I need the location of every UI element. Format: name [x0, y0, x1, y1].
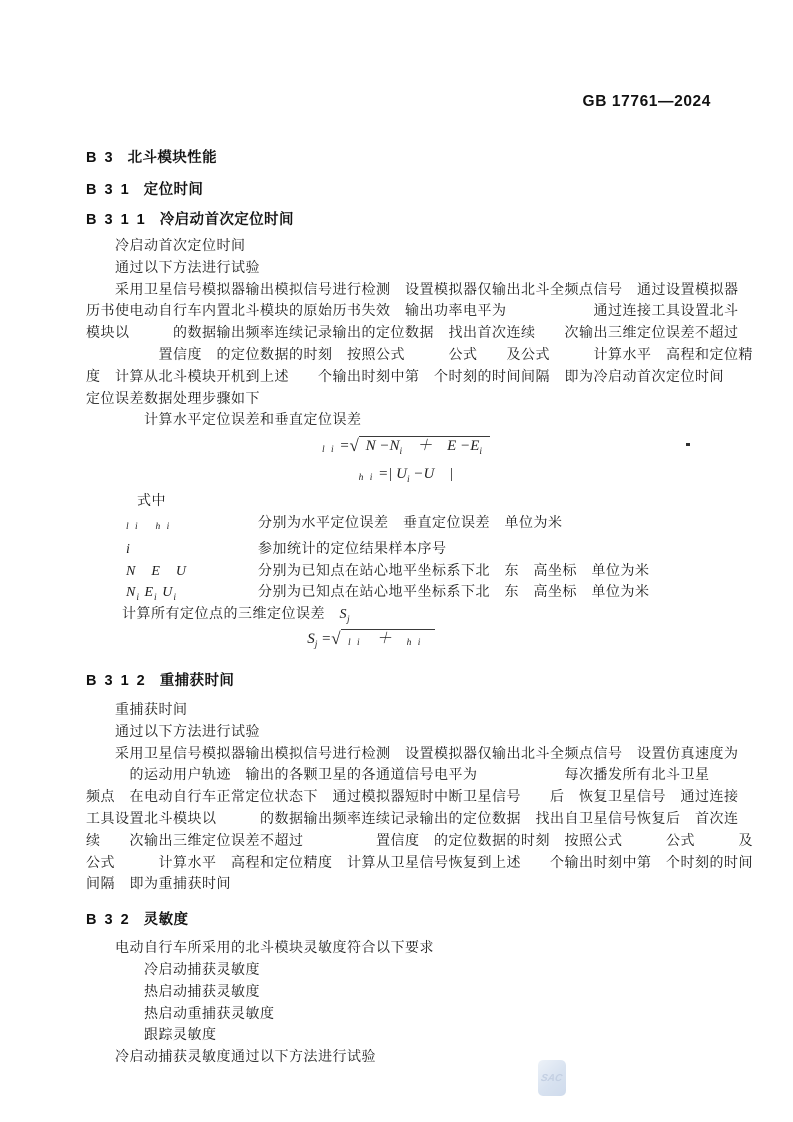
text-line: 计算水平定位误差和垂直定位误差: [86, 410, 726, 432]
text-line: 的运动用户轨迹 输出的各颗卫星的各通道信号电平为 每次播发所有北斗卫星: [86, 765, 726, 787]
heading-title: 重捕获时间: [160, 673, 235, 689]
text-line: 频点 在电动自行车正常定位状态下 通过模拟器短时中断卫星信号 后 恢复卫星信号 …: [86, 787, 726, 809]
formula-term: N −N: [362, 438, 400, 454]
definition-description: 参加统计的定位结果样本序号: [258, 539, 726, 561]
text-line: 计算所有定位点的三维定位误差 Sj: [86, 604, 726, 626]
term-symbol: U: [158, 585, 174, 600]
heading-number: B 3 1: [86, 182, 131, 198]
radicand: N −Ni ＋ E −Ei: [359, 436, 490, 454]
heading-title: 定位时间: [144, 182, 204, 198]
text-line: 重捕获时间: [86, 700, 726, 722]
formula-term: ＋ E −E: [402, 438, 479, 454]
definition-description: 分别为已知点在站心地平坐标系下北 东 高坐标 单位为米: [258, 561, 726, 583]
text-line: 采用卫星信号模拟器输出模拟信号进行检测 设置模拟器仅输出北斗全频点信号 通过设置…: [86, 280, 726, 302]
text-line: 置信度 的定位数据的时刻 按照公式 公式 及公式 计算水平 高程和定位精: [86, 345, 726, 367]
calc-3d-text: 计算所有定位点的三维定位误差: [122, 607, 340, 622]
radicand: l i ＋ h i: [341, 629, 435, 647]
list-item: 热启动重捕获灵敏度: [86, 1004, 726, 1026]
text-line: 公式 计算水平 高程和定位精度 计算从卫星信号恢复到上述 个输出时刻中第 个时刻…: [86, 853, 726, 875]
subscript-i: i: [173, 593, 177, 603]
formula-term: −U |: [410, 466, 454, 482]
term-symbol: N: [126, 585, 136, 600]
definition-row: l i h i 分别为水平定位误差 垂直定位误差 单位为米: [86, 513, 726, 539]
list-item: 冷启动捕获灵敏度: [86, 960, 726, 982]
definition-row: N E U 分别为已知点在站心地平坐标系下北 东 高坐标 单位为米: [86, 561, 726, 583]
heading-b312: B 3 1 2重捕获时间: [86, 670, 726, 692]
definition-row: Ni Ei Ui 分别为已知点在站心地平坐标系下北 东 高坐标 单位为米: [86, 582, 726, 604]
sac-watermark-text: SAC: [540, 1073, 563, 1084]
subscript-j: j: [347, 615, 350, 625]
text-line: 续 次输出三维定位误差不超过 置信度 的定位数据的时刻 按照公式 公式 及: [86, 831, 726, 853]
text-line: 通过以下方法进行试验: [86, 722, 726, 744]
heading-b311: B 3 1 1冷启动首次定位时间: [86, 209, 726, 231]
where-label: 式中: [86, 491, 726, 513]
standard-number: GB 17761—2024: [583, 93, 711, 111]
list-item: 跟踪灵敏度: [86, 1025, 726, 1047]
text-line: 工具设置北斗模块以 的数据输出频率连续记录输出的定位数据 找出自卫星信号恢复后 …: [86, 809, 726, 831]
text-line: 采用卫星信号模拟器输出模拟信号进行检测 设置模拟器仅输出北斗全频点信号 设置仿真…: [86, 744, 726, 766]
definition-description: 分别为水平定位误差 垂直定位误差 单位为米: [258, 513, 726, 539]
text-line: 模块以 的数据输出频率连续记录输出的定位数据 找出首次连续 次输出三维定位误差不…: [86, 323, 726, 345]
document-page: GB 17761—2024 B 3北斗模块性能 B 3 1定位时间 B 3 1 …: [0, 0, 793, 1122]
definition-row: i 参加统计的定位结果样本序号: [86, 539, 726, 561]
formula-lhs-subscript: h i: [359, 473, 375, 483]
heading-b3: B 3北斗模块性能: [86, 147, 726, 169]
term-symbol: E: [140, 585, 154, 600]
heading-number: B 3 1 2: [86, 673, 147, 689]
formula-lhs-subscript: l i: [322, 445, 336, 455]
definition-term: N E U: [86, 561, 258, 583]
formula-term: U: [396, 466, 407, 482]
definition-term: Ni Ei Ui: [86, 582, 258, 604]
heading-b31: B 3 1定位时间: [86, 179, 726, 201]
text-line: 通过以下方法进行试验: [86, 258, 726, 280]
definition-term: i: [86, 539, 258, 561]
formula-lhs: S: [307, 631, 315, 647]
formula-3d-error: Sj =√ l i ＋ h i: [86, 628, 726, 654]
heading-number: B 3 2: [86, 912, 131, 928]
text-line: 电动自行车所采用的北斗模块灵敏度符合以下要求: [86, 938, 726, 960]
formula-vertical-error: h i =| Ui −U |: [86, 464, 726, 489]
text-line: 定位误差数据处理步骤如下: [86, 389, 726, 411]
symbol-S: S: [340, 607, 348, 622]
heading-b32: B 3 2灵敏度: [86, 909, 726, 931]
heading-number: B 3: [86, 150, 115, 166]
heading-title: 灵敏度: [144, 912, 189, 928]
heading-title: 北斗模块性能: [128, 150, 217, 166]
term-subscripts: l i: [344, 638, 362, 648]
sac-watermark-logo: SAC: [538, 1060, 566, 1096]
text-line: 度 计算从北斗模块开机到上述 个输出时刻中第 个时刻的时间间隔 即为冷启动首次定…: [86, 367, 726, 389]
print-artifact-dot: [686, 443, 690, 446]
text-line: 冷启动首次定位时间: [86, 236, 726, 258]
formula-horizontal-vertical-error: l i =√ N −Ni ＋ E −Ei: [86, 435, 726, 461]
radical-sign: √: [331, 629, 340, 648]
equals-sign: =: [317, 631, 331, 647]
equals-sign: =|: [374, 466, 396, 482]
subscript-i: i: [479, 447, 482, 457]
heading-title: 冷启动首次定位时间: [160, 212, 294, 228]
term-subscripts: l i h i: [126, 522, 171, 532]
term-subscripts: h i: [407, 638, 427, 648]
page-content: B 3北斗模块性能 B 3 1定位时间 B 3 1 1冷启动首次定位时间 冷启动…: [86, 139, 726, 1069]
heading-number: B 3 1 1: [86, 212, 147, 228]
radical-sign: √: [350, 436, 359, 455]
text-line: 冷启动捕获灵敏度通过以下方法进行试验: [86, 1047, 726, 1069]
text-line: 历书使电动自行车内置北斗模块的原始历书失效 输出功率电平为 通过连接工具设置北斗: [86, 301, 726, 323]
definition-description: 分别为已知点在站心地平坐标系下北 东 高坐标 单位为米: [258, 582, 726, 604]
list-item: 热启动捕获灵敏度: [86, 982, 726, 1004]
equals-sign: =: [336, 438, 350, 454]
definition-term: l i h i: [86, 513, 258, 539]
text-line: 间隔 即为重捕获时间: [86, 874, 726, 896]
plus-sign: ＋: [362, 631, 407, 647]
